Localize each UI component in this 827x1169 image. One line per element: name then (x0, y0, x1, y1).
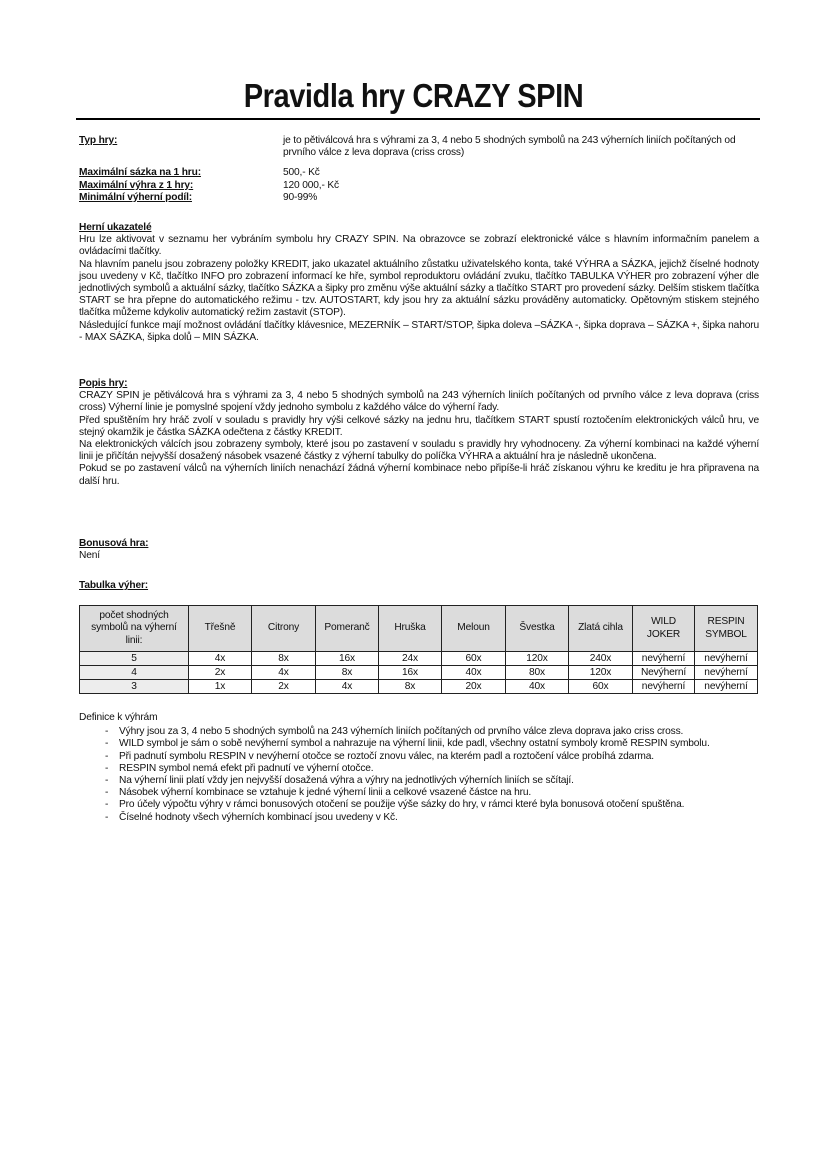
section-heading: Tabulka výher: (79, 580, 759, 592)
paragraph: CRAZY SPIN je pětiválcová hra s výhrami … (79, 390, 759, 414)
payout-cell: 16x (379, 666, 442, 680)
payout-cell: 8x (379, 680, 442, 694)
section-heading: Herní ukazatelé (79, 222, 759, 234)
game-info: Typ hry: je to pětiválcová hra s výhrami… (79, 135, 763, 204)
page-title: Pravidla hry CRAZY SPIN (50, 76, 778, 116)
payout-cell: 2x (189, 666, 252, 680)
info-row-min-payout: Minimální výherní podíl: 90-99% (79, 192, 763, 204)
payout-cell: 120x (569, 666, 633, 680)
title-divider (76, 118, 760, 120)
column-header: Meloun (442, 606, 506, 652)
paragraph: Následující funkce mají možnost ovládání… (79, 320, 759, 344)
column-header: Švestka (506, 606, 569, 652)
info-value: 500,- Kč (283, 167, 763, 179)
definition-item: Výhry jsou za 3, 4 nebo 5 shodných symbo… (79, 726, 779, 738)
payout-cell: 4x (316, 680, 379, 694)
payout-cell: 120x (506, 652, 569, 666)
payout-cell: 4x (252, 666, 316, 680)
column-header: Hruška (379, 606, 442, 652)
info-value: 90-99% (283, 192, 763, 204)
payout-cell: 4x (189, 652, 252, 666)
definitions-heading: Definice k výhrám (79, 712, 779, 724)
section-paytable-heading: Tabulka výher: (79, 580, 759, 592)
info-value: je to pětiválcová hra s výhrami za 3, 4 … (283, 135, 763, 159)
paragraph: Na elektronických válcích jsou zobrazeny… (79, 439, 759, 463)
payout-cell: 8x (316, 666, 379, 680)
definition-item: Pro účely výpočtu výhry v rámci bonusový… (79, 799, 779, 811)
info-row-max-win: Maximální výhra z 1 hry: 120 000,- Kč (79, 180, 763, 192)
column-header: Třešně (189, 606, 252, 652)
column-header: RESPIN SYMBOL (695, 606, 758, 652)
column-header: Citrony (252, 606, 316, 652)
payout-cell: Nevýherní (633, 666, 695, 680)
payout-cell: 240x (569, 652, 633, 666)
column-header: WILD JOKER (633, 606, 695, 652)
win-definitions: Definice k výhrám Výhry jsou za 3, 4 neb… (79, 712, 779, 824)
definitions-list: Výhry jsou za 3, 4 nebo 5 shodných symbo… (79, 726, 779, 824)
symbol-count-cell: 5 (80, 652, 189, 666)
paytable: počet shodných symbolů na výherní linii:… (79, 605, 758, 694)
paragraph: Na hlavním panelu jsou zobrazeny položky… (79, 259, 759, 320)
payout-cell: 60x (569, 680, 633, 694)
table-row: 42x4x8x16x40x80x120xNevýhernínevýherní (80, 666, 758, 680)
table-row: 31x2x4x8x20x40x60xnevýhernínevýherní (80, 680, 758, 694)
payout-cell: nevýherní (695, 652, 758, 666)
paragraph: Pokud se po zastavení válců na výherních… (79, 463, 759, 487)
table-row: 54x8x16x24x60x120x240xnevýhernínevýherní (80, 652, 758, 666)
payout-cell: 24x (379, 652, 442, 666)
payout-cell: 2x (252, 680, 316, 694)
bonus-value: Není (79, 550, 759, 562)
payout-cell: 40x (506, 680, 569, 694)
definition-item: Číselné hodnoty všech výherních kombinac… (79, 812, 779, 824)
info-label: Maximální sázka na 1 hru: (79, 167, 283, 179)
symbol-count-cell: 4 (80, 666, 189, 680)
symbol-count-cell: 3 (80, 680, 189, 694)
info-row-game-type: Typ hry: je to pětiválcová hra s výhrami… (79, 135, 763, 159)
payout-cell: nevýherní (633, 680, 695, 694)
payout-cell: nevýherní (633, 652, 695, 666)
payout-cell: 60x (442, 652, 506, 666)
payout-cell: 1x (189, 680, 252, 694)
payout-cell: nevýherní (695, 680, 758, 694)
section-heading: Popis hry: (79, 378, 759, 390)
column-header: Pomeranč (316, 606, 379, 652)
section-heading: Bonusová hra: (79, 538, 759, 550)
definition-item: Násobek výherní kombinace se vztahuje k … (79, 787, 779, 799)
definition-item: Při padnutí symbolu RESPIN v nevýherní o… (79, 751, 779, 763)
definition-item: Na výherní linii platí vždy jen nejvyšší… (79, 775, 779, 787)
payout-cell: 8x (252, 652, 316, 666)
payout-cell: 80x (506, 666, 569, 680)
section-bonus: Bonusová hra: Není (79, 538, 759, 562)
paragraph: Před spuštěním hry hráč zvolí v souladu … (79, 415, 759, 439)
info-label: Maximální výhra z 1 hry: (79, 180, 283, 192)
column-header: Zlatá cihla (569, 606, 633, 652)
payout-cell: 20x (442, 680, 506, 694)
paytable-table: počet shodných symbolů na výherní linii:… (79, 605, 758, 694)
info-label: Minimální výherní podíl: (79, 192, 283, 204)
payout-cell: nevýherní (695, 666, 758, 680)
payout-cell: 40x (442, 666, 506, 680)
section-indicators: Herní ukazatelé Hru lze aktivovat v sezn… (79, 222, 759, 344)
table-header-row: počet shodných symbolů na výherní linii:… (80, 606, 758, 652)
info-label: Typ hry: (79, 135, 283, 159)
definition-item: WILD symbol je sám o sobě nevýherní symb… (79, 738, 779, 750)
info-value: 120 000,- Kč (283, 180, 763, 192)
section-description: Popis hry: CRAZY SPIN je pětiválcová hra… (79, 378, 759, 488)
definition-item: RESPIN symbol nemá efekt při padnutí ve … (79, 763, 779, 775)
payout-cell: 16x (316, 652, 379, 666)
column-header: počet shodných symbolů na výherní linii: (80, 606, 189, 652)
info-row-max-bet: Maximální sázka na 1 hru: 500,- Kč (79, 167, 763, 179)
paragraph: Hru lze aktivovat v seznamu her vybráním… (79, 234, 759, 258)
